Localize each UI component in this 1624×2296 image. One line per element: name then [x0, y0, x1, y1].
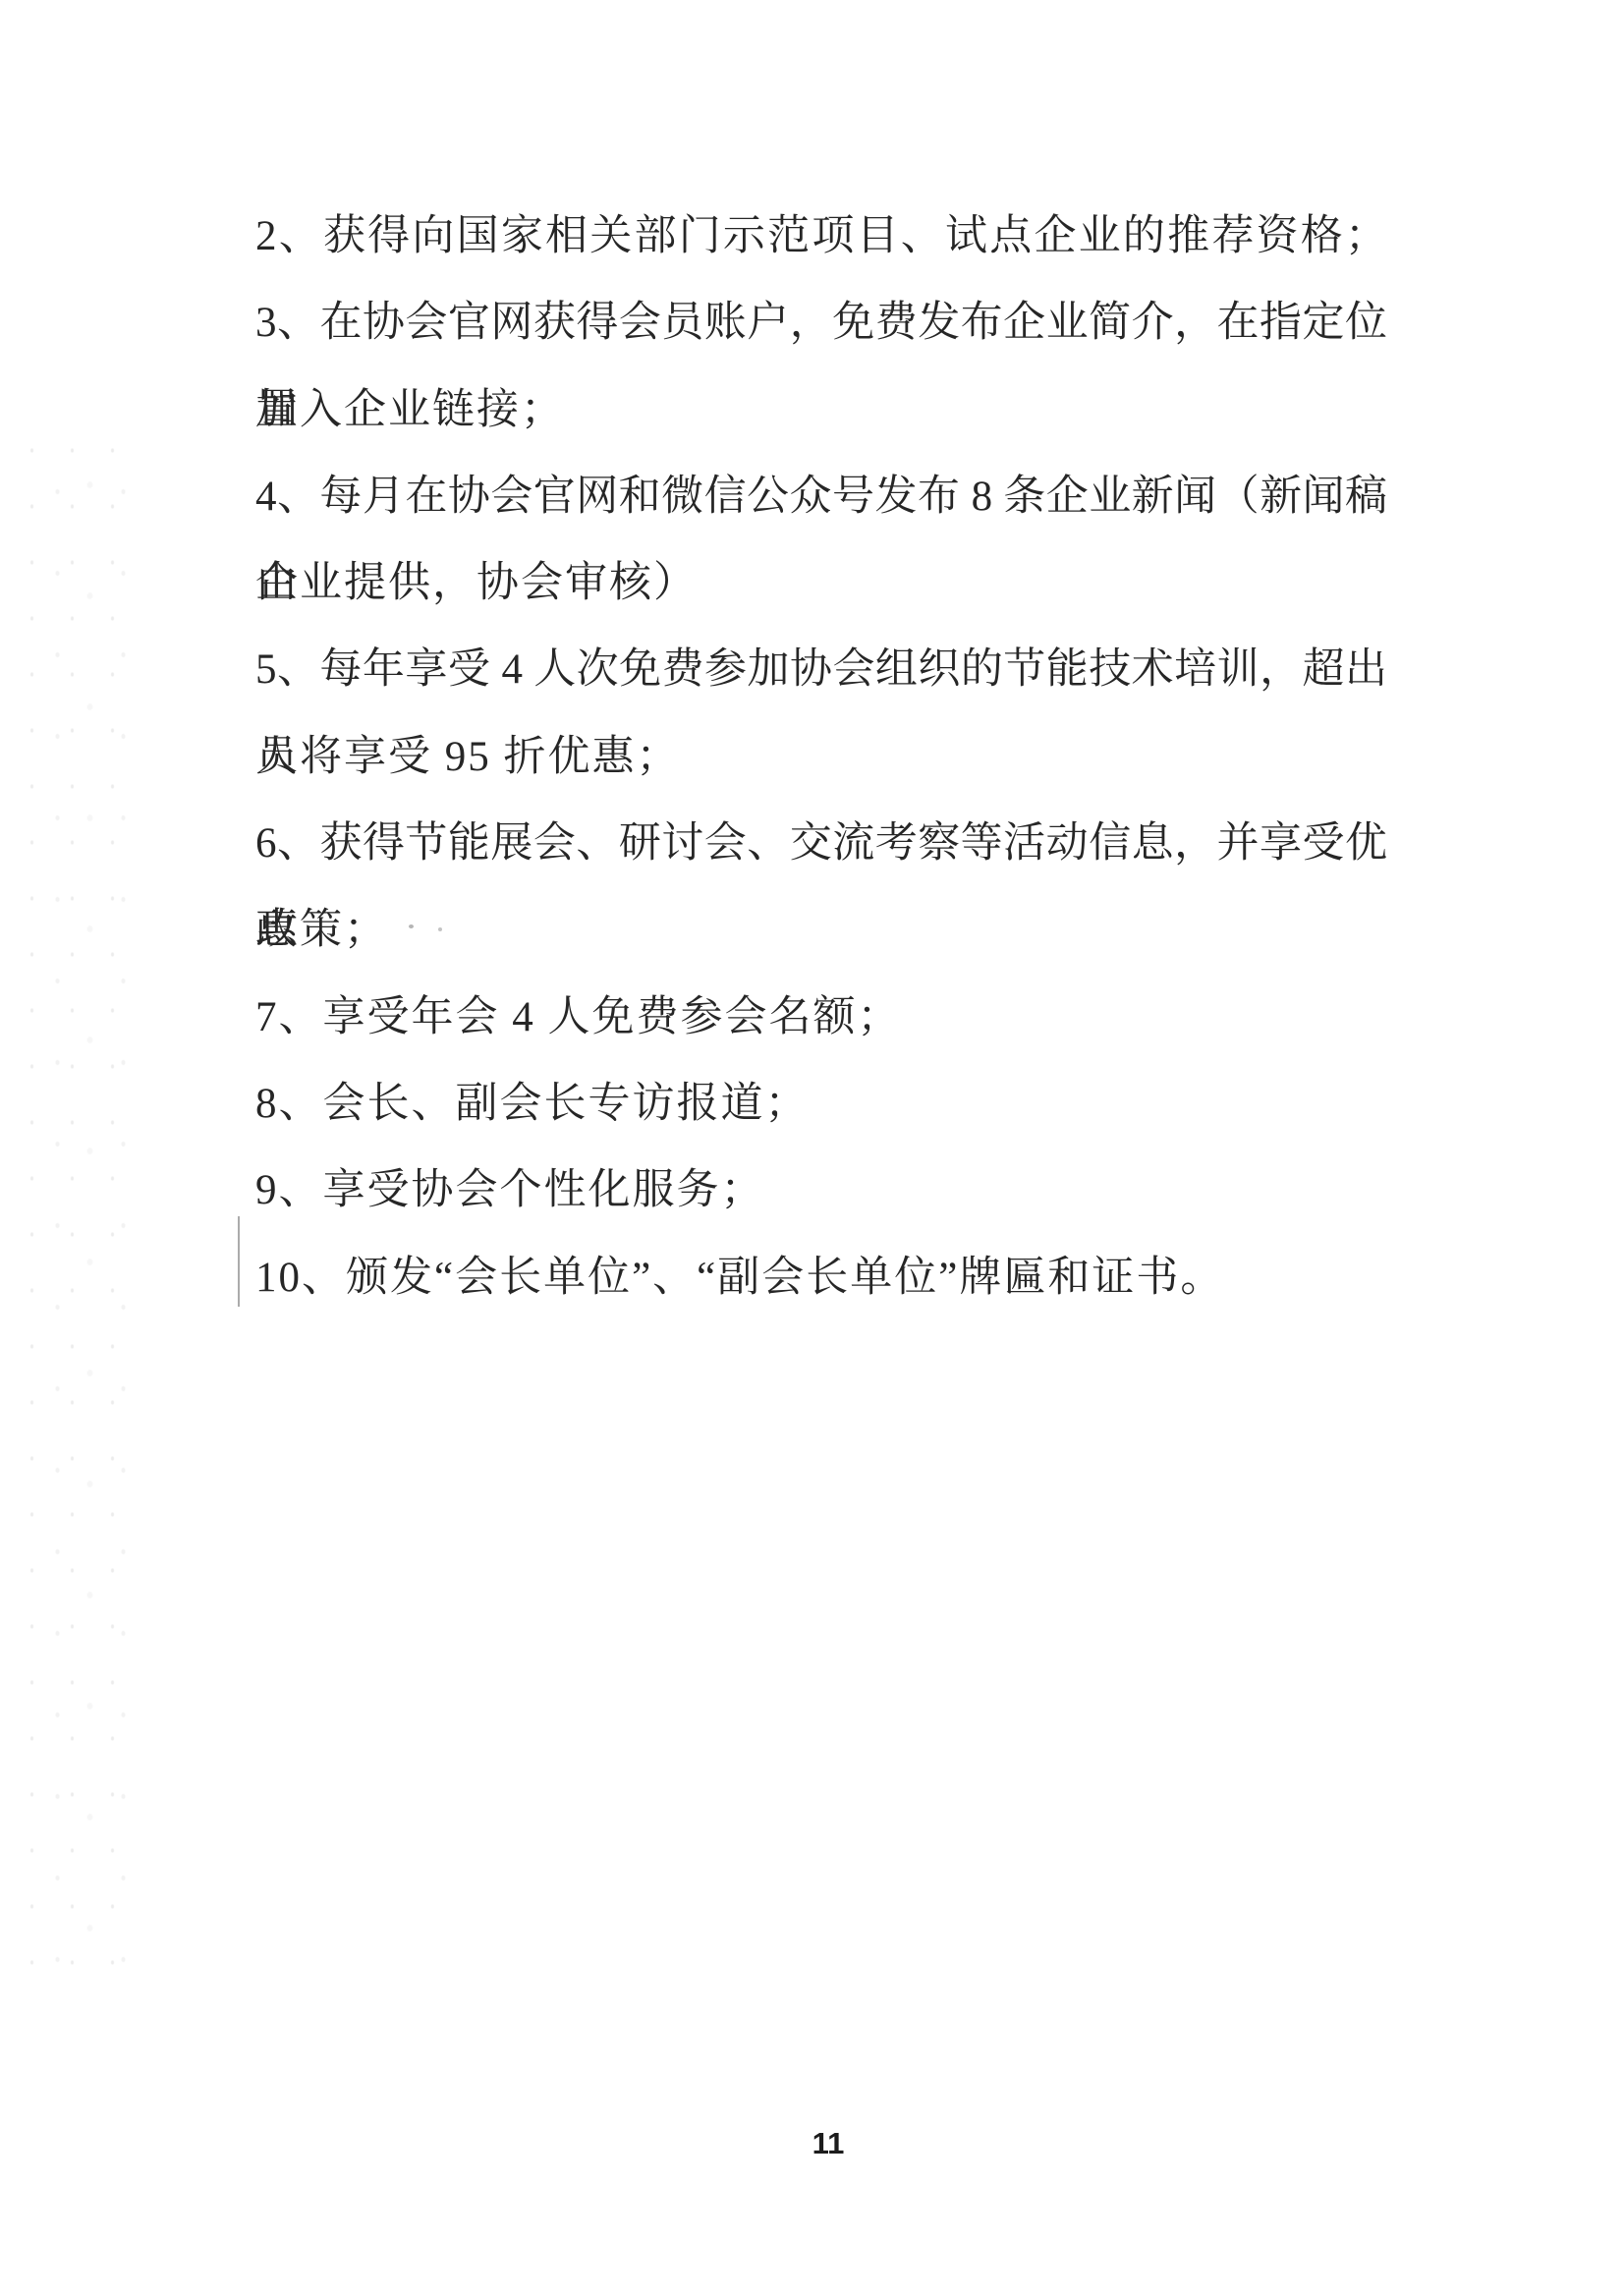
- document-line: 3、在协会官网获得会员账户，免费发布企业简介，在指定位置: [255, 280, 1387, 366]
- document-line: 加入企业链接；: [255, 367, 1387, 454]
- document-line: 员将享受 95 折优惠；: [255, 714, 1387, 801]
- document-line: 8、会长、副会长专访报道；: [255, 1061, 1387, 1148]
- scan-noise-band: [12, 422, 138, 1975]
- document-line: 政策；: [255, 887, 1387, 974]
- document-line: 4、每月在协会官网和微信公众号发布 8 条企业新闻（新闻稿由: [255, 454, 1387, 540]
- document-line: 6、获得节能展会、研讨会、交流考察等活动信息，并享受优惠: [255, 801, 1387, 887]
- page-number: 11: [812, 2126, 845, 2161]
- body-text: 2、获得向国家相关部门示范项目、试点企业的推荐资格； 3、在协会官网获得会员账户…: [255, 194, 1387, 1321]
- document-line: 10、颁发“会长单位”、“副会长单位”牌匾和证书。: [255, 1235, 1387, 1321]
- scan-artifact-line: [238, 1216, 240, 1307]
- document-line: 企业提供，协会审核）: [255, 540, 1387, 627]
- document-line: 7、享受年会 4 人免费参会名额；: [255, 975, 1387, 1061]
- document-line: 2、获得向国家相关部门示范项目、试点企业的推荐资格；: [255, 194, 1387, 280]
- document-page: 2、获得向国家相关部门示范项目、试点企业的推荐资格； 3、在协会官网获得会员账户…: [0, 0, 1624, 2296]
- document-line: 9、享受协会个性化服务；: [255, 1148, 1387, 1234]
- document-line: 5、每年享受 4 人次免费参加协会组织的节能技术培训，超出人: [255, 627, 1387, 713]
